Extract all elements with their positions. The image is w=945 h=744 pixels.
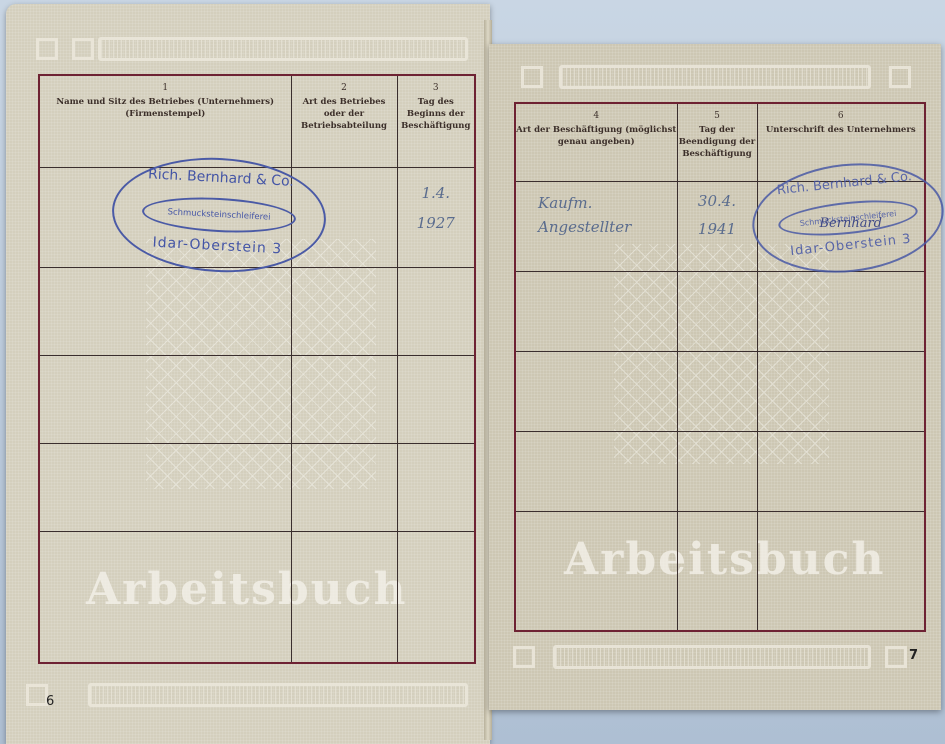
ornament-bar [553,645,871,669]
ornament-bar [559,65,871,89]
table-row: Rich. Bernhard & Co. Schmucksteinschleif… [39,167,475,267]
employment-table-left: 1Name und Sitz des Betriebes (Unternehme… [38,74,476,664]
column-header-4: 4Art der Beschäftigung (möglichst genau … [515,103,677,181]
table-row [515,351,925,431]
table-row [39,531,475,663]
fret-ornament-icon [72,38,94,60]
left-page: Arbeitsbuch 1Name und Sitz des Betriebes… [6,4,490,744]
fret-ornament-icon [26,684,48,706]
table-row: Kaufm. Angestellter 30.4. 1941 Rich. Ber… [515,181,925,271]
top-border-ornament [489,62,941,92]
occupation-cell: Kaufm. Angestellter [515,181,677,271]
column-header-3: 3Tag des Beginns der Beschäftigung [397,75,475,167]
bottom-border-ornament [26,680,486,710]
ornament-bar [88,683,468,707]
fret-ornament-icon [513,646,535,668]
table-row [515,511,925,631]
fret-ornament-icon [521,66,543,88]
end-date-cell: 30.4. 1941 [677,181,757,271]
table-row [39,267,475,355]
fret-ornament-icon [889,66,911,88]
right-page: Arbeitsbuch 4Art der Beschäftigung (mögl… [489,44,941,710]
column-header-1: 1Name und Sitz des Betriebes (Unternehme… [39,75,291,167]
signature: Bernhard [820,216,883,231]
ornament-bar [98,37,468,61]
fret-ornament-icon [36,38,58,60]
table-row [39,355,475,443]
column-header-2: 2Art des Betriebes oder der Betriebsabte… [291,75,397,167]
table-row [515,431,925,511]
page-number-left: 6 [46,694,54,709]
bottom-border-ornament [489,642,941,672]
column-header-5: 5Tag der Beendigung der Beschäftigung [677,103,757,181]
table-row [39,443,475,531]
employment-table-right: 4Art der Beschäftigung (möglichst genau … [514,102,926,632]
fret-ornament-icon [885,646,907,668]
page-number-right: 7 [909,648,918,663]
company-stamp-cell: Rich. Bernhard & Co. Schmucksteinschleif… [39,167,291,267]
start-date-cell: 1.4. 1927 [397,167,475,267]
signature-cell: Rich. Bernhard & Co. Schmucksteinschleif… [757,181,925,271]
top-border-ornament [36,34,496,64]
table-row [515,271,925,351]
